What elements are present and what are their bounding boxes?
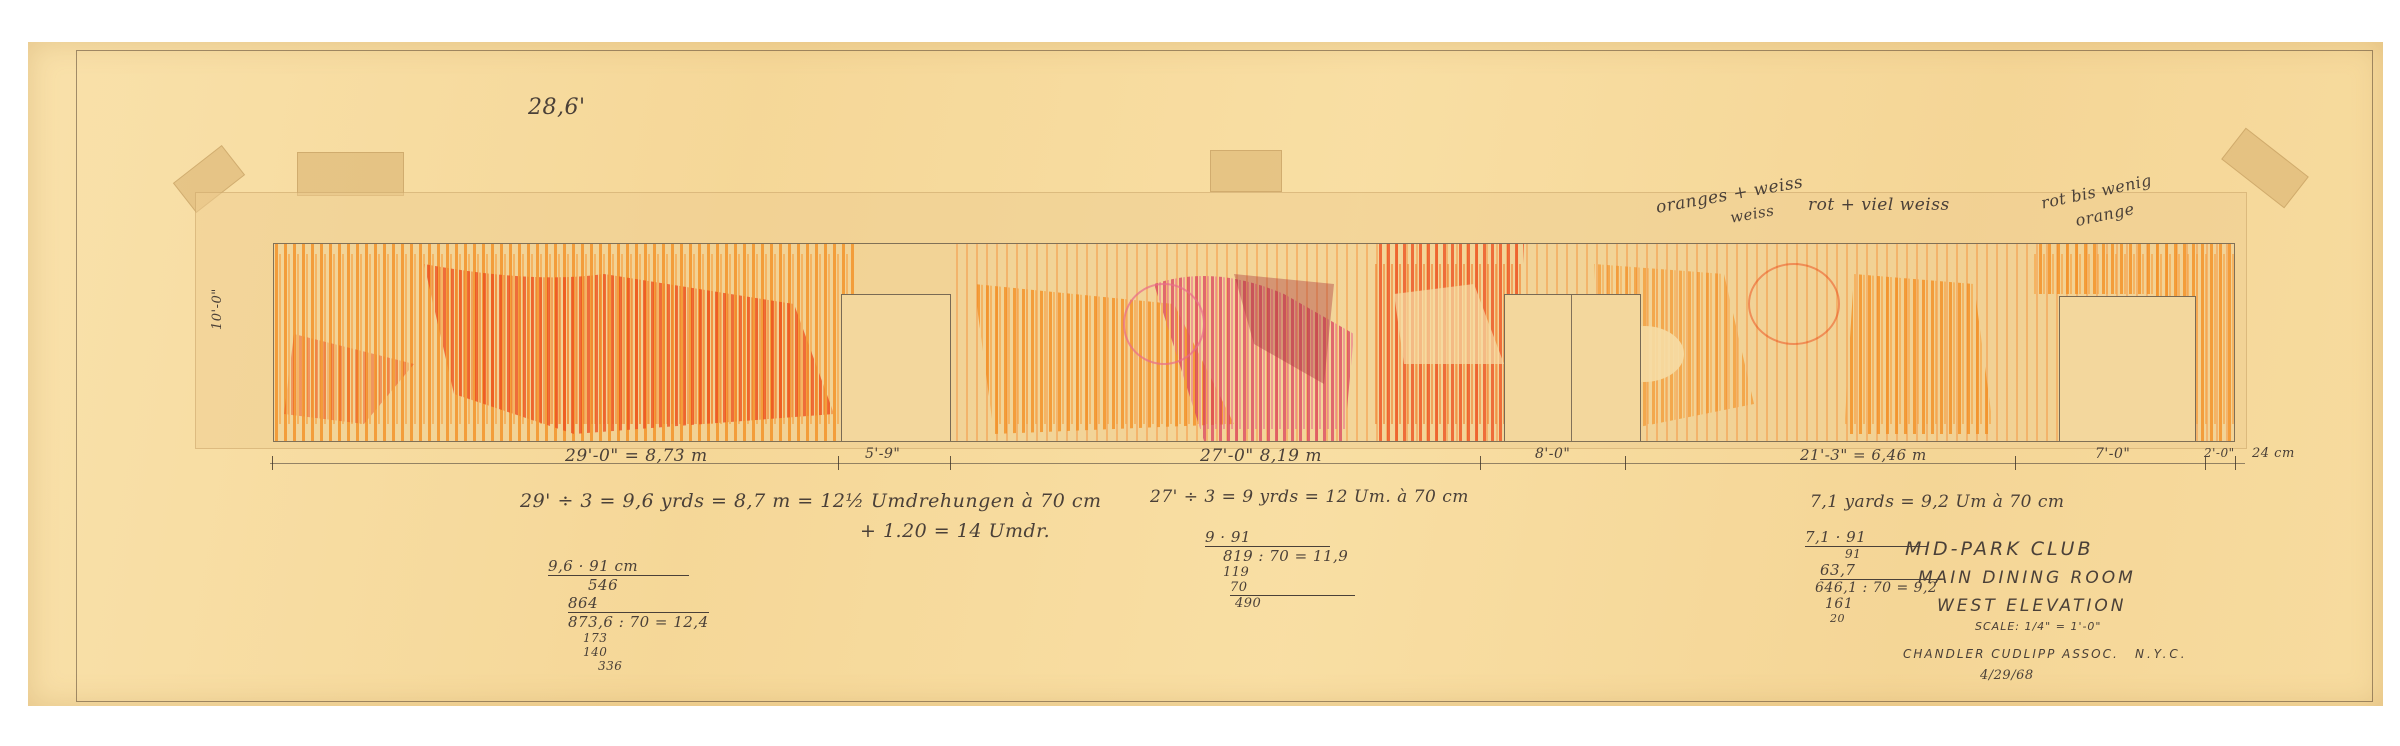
mural-elevation: [273, 243, 2235, 442]
title-view: WEST ELEVATION: [1937, 596, 2126, 616]
tape-strip: [1210, 150, 1282, 192]
calc-section-1-line2: + 1.20 = 14 Umdr.: [860, 520, 1050, 542]
dimension-label: 5'-9": [865, 446, 900, 462]
wall-opening-1: [841, 294, 951, 442]
title-scale: SCALE: 1/4" = 1'-0": [1975, 620, 2102, 633]
wall-opening-2: [2059, 296, 2196, 442]
title-date: 4/29/68: [1980, 668, 2034, 683]
dimension-tick: [2015, 456, 2016, 470]
dimension-tick: [1625, 456, 1626, 470]
calc-section-3-line1: 7,1 yards = 9,2 Um à 70 cm: [1810, 492, 2064, 512]
right-edge-note: 24 cm: [2252, 446, 2295, 461]
dimension-label: 27'-0" 8,19 m: [1200, 446, 1322, 466]
door-opening-double: [1504, 294, 1641, 442]
dimension-label: 7'-0": [2095, 446, 2130, 462]
dimension-tick: [1480, 456, 1481, 470]
top-left-note: 28,6': [528, 95, 586, 120]
tape-strip: [297, 152, 404, 196]
calc-block-a: 9,6 · 91 cm 546 864 873,6 : 70 = 12,4 17…: [548, 557, 689, 673]
mural-hatching: [274, 244, 2234, 441]
dimension-label: 8'-0": [1535, 446, 1570, 462]
calc-section-1-line1: 29' ÷ 3 = 9,6 yrds = 8,7 m = 12½ Umdrehu…: [520, 490, 1102, 512]
dimension-tick: [838, 456, 839, 470]
dimension-tick: [2235, 456, 2236, 470]
height-dimension: 10'-0": [210, 288, 225, 330]
calc-section-2-line1: 27' ÷ 3 = 9 yrds = 12 Um. à 70 cm: [1150, 487, 1469, 507]
dimension-label: 29'-0" = 8,73 m: [565, 446, 708, 466]
calc-block-b: 9 · 91 819 : 70 = 11,9 119 70 490: [1205, 528, 1330, 611]
title-city: N.Y.C.: [2135, 647, 2188, 661]
color-note-2: rot + viel weiss: [1808, 195, 1950, 215]
dimension-tick: [950, 456, 951, 470]
dimension-tick: [272, 456, 273, 470]
title-room: MAIN DINING ROOM: [1918, 568, 2136, 588]
title-project: MID-PARK CLUB: [1905, 538, 2094, 560]
dimension-label: 21'-3" = 6,46 m: [1800, 446, 1927, 464]
dimension-label: 2'-0": [2204, 446, 2235, 460]
title-firm: CHANDLER CUDLIPP ASSOC.: [1903, 647, 2119, 661]
